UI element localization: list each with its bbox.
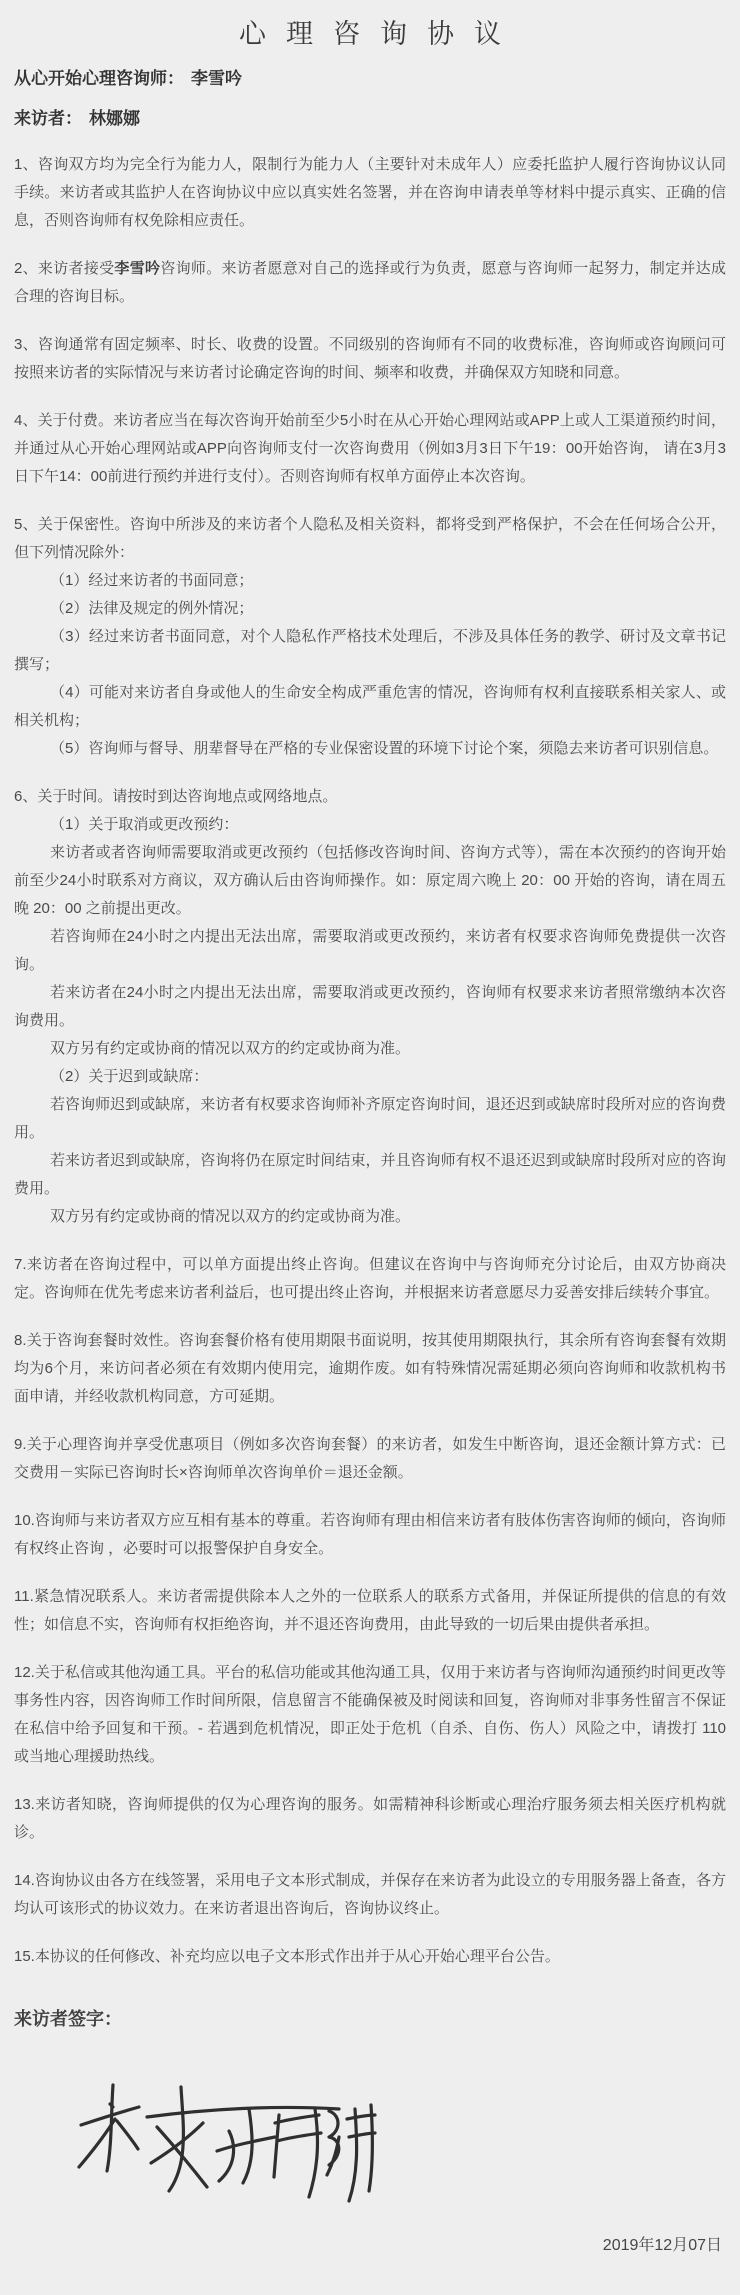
clause-paragraph: 14.咨询协议由各方在线签署，采用电子文本形式制成，并保存在来访者为此设立的专用… — [14, 1867, 726, 1923]
clause-paragraph: 若来访者迟到或缺席，咨询将仍在原定时间结束，并且咨询师有权不退还迟到或缺席时段所… — [14, 1147, 726, 1203]
clause-paragraph: 若咨询师迟到或缺席，来访者有权要求咨询师补齐原定咨询时间，退还迟到或缺席时段所对… — [14, 1091, 726, 1147]
signing-date: 2019年12月07日 — [14, 2232, 722, 2255]
visitor-line: 来访者：林娜娜 — [14, 107, 726, 131]
clause-paragraph: 5、关于保密性。咨询中所涉及的来访者个人隐私及相关资料，都将受到严格保护，不会在… — [14, 511, 726, 567]
clause-paragraph: 若来访者在24小时之内提出无法出席，需要取消或更改预约，咨询师有权要求来访者照常… — [14, 979, 726, 1035]
clause-paragraph: （2）法律及规定的例外情况； — [14, 595, 726, 623]
clause-paragraph: （5）咨询师与督导、朋辈督导在严格的专业保密设置的环境下讨论个案，须隐去来访者可… — [14, 735, 726, 763]
clause-paragraph: （4）可能对来访者自身或他人的生命安全构成严重危害的情况，咨询师有权利直接联系相… — [14, 679, 726, 735]
clause-paragraph: 11.紧急情况联系人。来访者需提供除本人之外的一位联系人的联系方式备用，并保证所… — [14, 1583, 726, 1639]
clause-paragraph: 4、关于付费。来访者应当在每次咨询开始前至少5小时在从心开始心理网站或APP上或… — [14, 407, 726, 491]
visitor-signature — [76, 2079, 378, 2214]
clause-paragraph: 9.关于心理咨询并享受优惠项目（例如多次咨询套餐）的来访者，如发生中断咨询，退还… — [14, 1431, 726, 1487]
page-title: 心理咨询协议 — [14, 12, 726, 51]
clause-paragraph: 15.本协议的任何修改、补充均应以电子文本形式作出并于从心开始心理平台公告。 — [14, 1943, 726, 1971]
clause-paragraph: 3、咨询通常有固定频率、时长、收费的设置。不同级别的咨询师有不同的收费标准，咨询… — [14, 331, 726, 387]
clause-paragraph: （1）经过来访者的书面同意； — [14, 567, 726, 595]
clause-paragraph: 双方另有约定或协商的情况以双方的约定或协商为准。 — [14, 1203, 726, 1231]
signature-handwriting-icon — [76, 2079, 378, 2214]
clause-paragraph: 8.关于咨询套餐时效性。咨询套餐价格有使用期限书面说明，按其使用期限执行，其余所… — [14, 1327, 726, 1411]
clauses: 1、咨询双方均为完全行为能力人，限制行为能力人（主要针对未成年人）应委托监护人履… — [14, 151, 726, 1971]
agreement-document: 心理咨询协议 从心开始心理咨询师：李雪吟 来访者：林娜娜 1、咨询双方均为完全行… — [0, 0, 740, 2295]
counselor-line: 从心开始心理咨询师：李雪吟 — [14, 67, 726, 91]
clause-paragraph: 7.来访者在咨询过程中，可以单方面提出终止咨询。但建议在咨询中与咨询师充分讨论后… — [14, 1251, 726, 1307]
counselor-label: 从心开始心理咨询师： — [14, 69, 184, 88]
clause-paragraph: 6、关于时间。请按时到达咨询地点或网络地点。 — [14, 783, 726, 811]
visitor-name: 林娜娜 — [89, 109, 140, 128]
clause-paragraph: 2、来访者接受李雪吟咨询师。来访者愿意对自己的选择或行为负责，愿意与咨询师一起努… — [14, 255, 726, 311]
clause-paragraph: 10.咨询师与来访者双方应互相有基本的尊重。若咨询师有理由相信来访者有肢体伤害咨… — [14, 1507, 726, 1563]
clause-paragraph: （3）经过来访者书面同意，对个人隐私作严格技术处理后，不涉及具体任务的教学、研讨… — [14, 623, 726, 679]
clause-paragraph: 12.关于私信或其他沟通工具。平台的私信功能或其他沟通工具，仅用于来访者与咨询师… — [14, 1659, 726, 1771]
visitor-label: 来访者： — [14, 109, 82, 128]
clause-paragraph: 13.来访者知晓，咨询师提供的仅为心理咨询的服务。如需精神科诊断或心理治疗服务须… — [14, 1791, 726, 1847]
clause-paragraph: （2）关于迟到或缺席： — [14, 1063, 726, 1091]
clause-paragraph: 若咨询师在24小时之内提出无法出席，需要取消或更改预约，来访者有权要求咨询师免费… — [14, 923, 726, 979]
clause-paragraph: 双方另有约定或协商的情况以双方的约定或协商为准。 — [14, 1035, 726, 1063]
clause-paragraph: （1）关于取消或更改预约： — [14, 811, 726, 839]
signature-label: 来访者签字： — [14, 2005, 726, 2031]
counselor-name: 李雪吟 — [191, 69, 242, 88]
clause-paragraph: 1、咨询双方均为完全行为能力人，限制行为能力人（主要针对未成年人）应委托监护人履… — [14, 151, 726, 235]
clause-paragraph: 来访者或者咨询师需要取消或更改预约（包括修改咨询时间、咨询方式等），需在本次预约… — [14, 839, 726, 923]
